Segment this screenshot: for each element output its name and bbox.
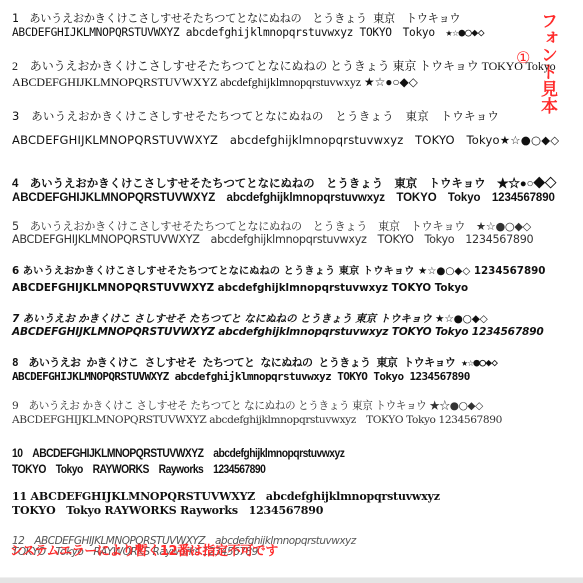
sample-4-line-1: 4 あいうえおかきくけこさしすせそたちつてとなにぬねの とうきょう 東京 トウキ… (12, 178, 556, 192)
sample-6-line-1: 6 あいうえおかきくけこさしすせそたちつてとなにぬねの とうきょう 東京 トウキ… (12, 265, 545, 277)
sample-7-line-1: 7 あいうえお かきくけこ さしすせそ たちつてと なにぬねの とうきょう 東京… (12, 313, 544, 326)
font-sample-3: 3 あいうえおかきくけこさしすせそたちつてとなにぬねの とうきょう 東京 トウキ… (12, 110, 559, 148)
font-sample-1: 1 あいうえおかきくけこさしすせそたちつてとなにぬねの とうきょう 東京 トウキ… (12, 12, 484, 40)
sample-4-line-2: ABCDEFGHIJKLMNOPQRSTUVWXYZ abcdefghijklm… (12, 192, 556, 206)
font-sample-10: 10 ABCDEFGHIJKLMNOPQRSTUVWXYZ abcdefghij… (12, 446, 344, 477)
font-sample-4: 4 あいうえおかきくけこさしすせそたちつてとなにぬねの とうきょう 東京 トウキ… (12, 178, 556, 206)
font-sample-7: 7 あいうえお かきくけこ さしすせそ たちつてと なにぬねの とうきょう 東京… (12, 313, 544, 338)
font-sample-11: 11 ABCDEFGHIJKLMNOPQRSTUVWXYZ abcdefghij… (12, 490, 440, 517)
font-sample-8: 8 あいうえお かきくけこ さしすせそ たちつてと なにぬねの とうきょう 東京… (12, 356, 497, 383)
sample-11-line-2: TOKYO Tokyo RAYWORKS Rayworks 1234567890 (12, 504, 440, 517)
sample-10-line-2: TOKYO Tokyo RAYWORKS Rayworks 1234567890 (12, 462, 344, 476)
sample-12-unavailable-notice: システムエラーにより暫く12番は指定不可です (10, 540, 278, 559)
bottom-divider (0, 577, 583, 583)
sample-7-line-2: ABCDEFGHIJKLMNOPQRSTUVWXYZ abcdefghijklm… (12, 326, 544, 339)
sample-9-line-1: 9 あいうえお かきくけこ さしすせそ たちつてと なにぬねの とうきょう 東京… (12, 400, 502, 413)
sample-5-line-1: 5 あいうえおかきくけこさしすせそたちつてとなにぬねの とうきょう 東京 トウキ… (12, 220, 533, 233)
sample-2-line-2: ABCDEFGHIJKLMNOPQRSTUVWXYZ abcdefghijklm… (12, 75, 556, 89)
font-sample-2: 2 あいうえおかきくけこさしすせそたちつてとなにぬねの とうきょう 東京 トウキ… (12, 59, 556, 90)
sample-2-line-1: 2 あいうえおかきくけこさしすせそたちつてとなにぬねの とうきょう 東京 トウキ… (12, 59, 556, 73)
sample-6-line-2: ABCDEFGHIJKLMNOPQRSTUVWXYZ abcdefghijklm… (12, 282, 545, 294)
sample-5-line-2: ABCDEFGHIJKLMNOPQRSTUVWXYZ abcdefghijklm… (12, 233, 533, 246)
font-sample-6: 6 あいうえおかきくけこさしすせそたちつてとなにぬねの とうきょう 東京 トウキ… (12, 265, 545, 295)
sample-1-line-1: 1 あいうえおかきくけこさしすせそたちつてとなにぬねの とうきょう 東京 トウキ… (12, 12, 484, 25)
sample-3-line-1: 3 あいうえおかきくけこさしすせそたちつてとなにぬねの とうきょう 東京 トウキ… (12, 110, 559, 124)
sample-8-line-1: 8 あいうえお かきくけこ さしすせそ たちつてと なにぬねの とうきょう 東京… (12, 356, 497, 369)
font-sample-9: 9 あいうえお かきくけこ さしすせそ たちつてと なにぬねの とうきょう 東京… (12, 400, 502, 426)
sample-3-line-2: ABCDEFGHIJKLMNOPQRSTUVWXYZ abcdefghijklm… (12, 134, 559, 148)
sample-1-line-2: ABCDEFGHIJKLMNOPQRSTUVWXYZ abcdefghijklm… (12, 26, 484, 39)
sample-10-line-1: 10 ABCDEFGHIJKLMNOPQRSTUVWXYZ abcdefghij… (12, 446, 344, 460)
font-sample-5: 5 あいうえおかきくけこさしすせそたちつてとなにぬねの とうきょう 東京 トウキ… (12, 220, 533, 247)
sample-11-line-1: 11 ABCDEFGHIJKLMNOPQRSTUVWXYZ abcdefghij… (12, 490, 440, 503)
sample-9-line-2: ABCDEFGHIJKLMNOPQRSTUVWXYZ abcdefghijklm… (12, 414, 502, 427)
sample-8-line-2: ABCDEFGHIJKLMNOPQRSTUVWXYZ abcdefghijklm… (12, 370, 497, 383)
